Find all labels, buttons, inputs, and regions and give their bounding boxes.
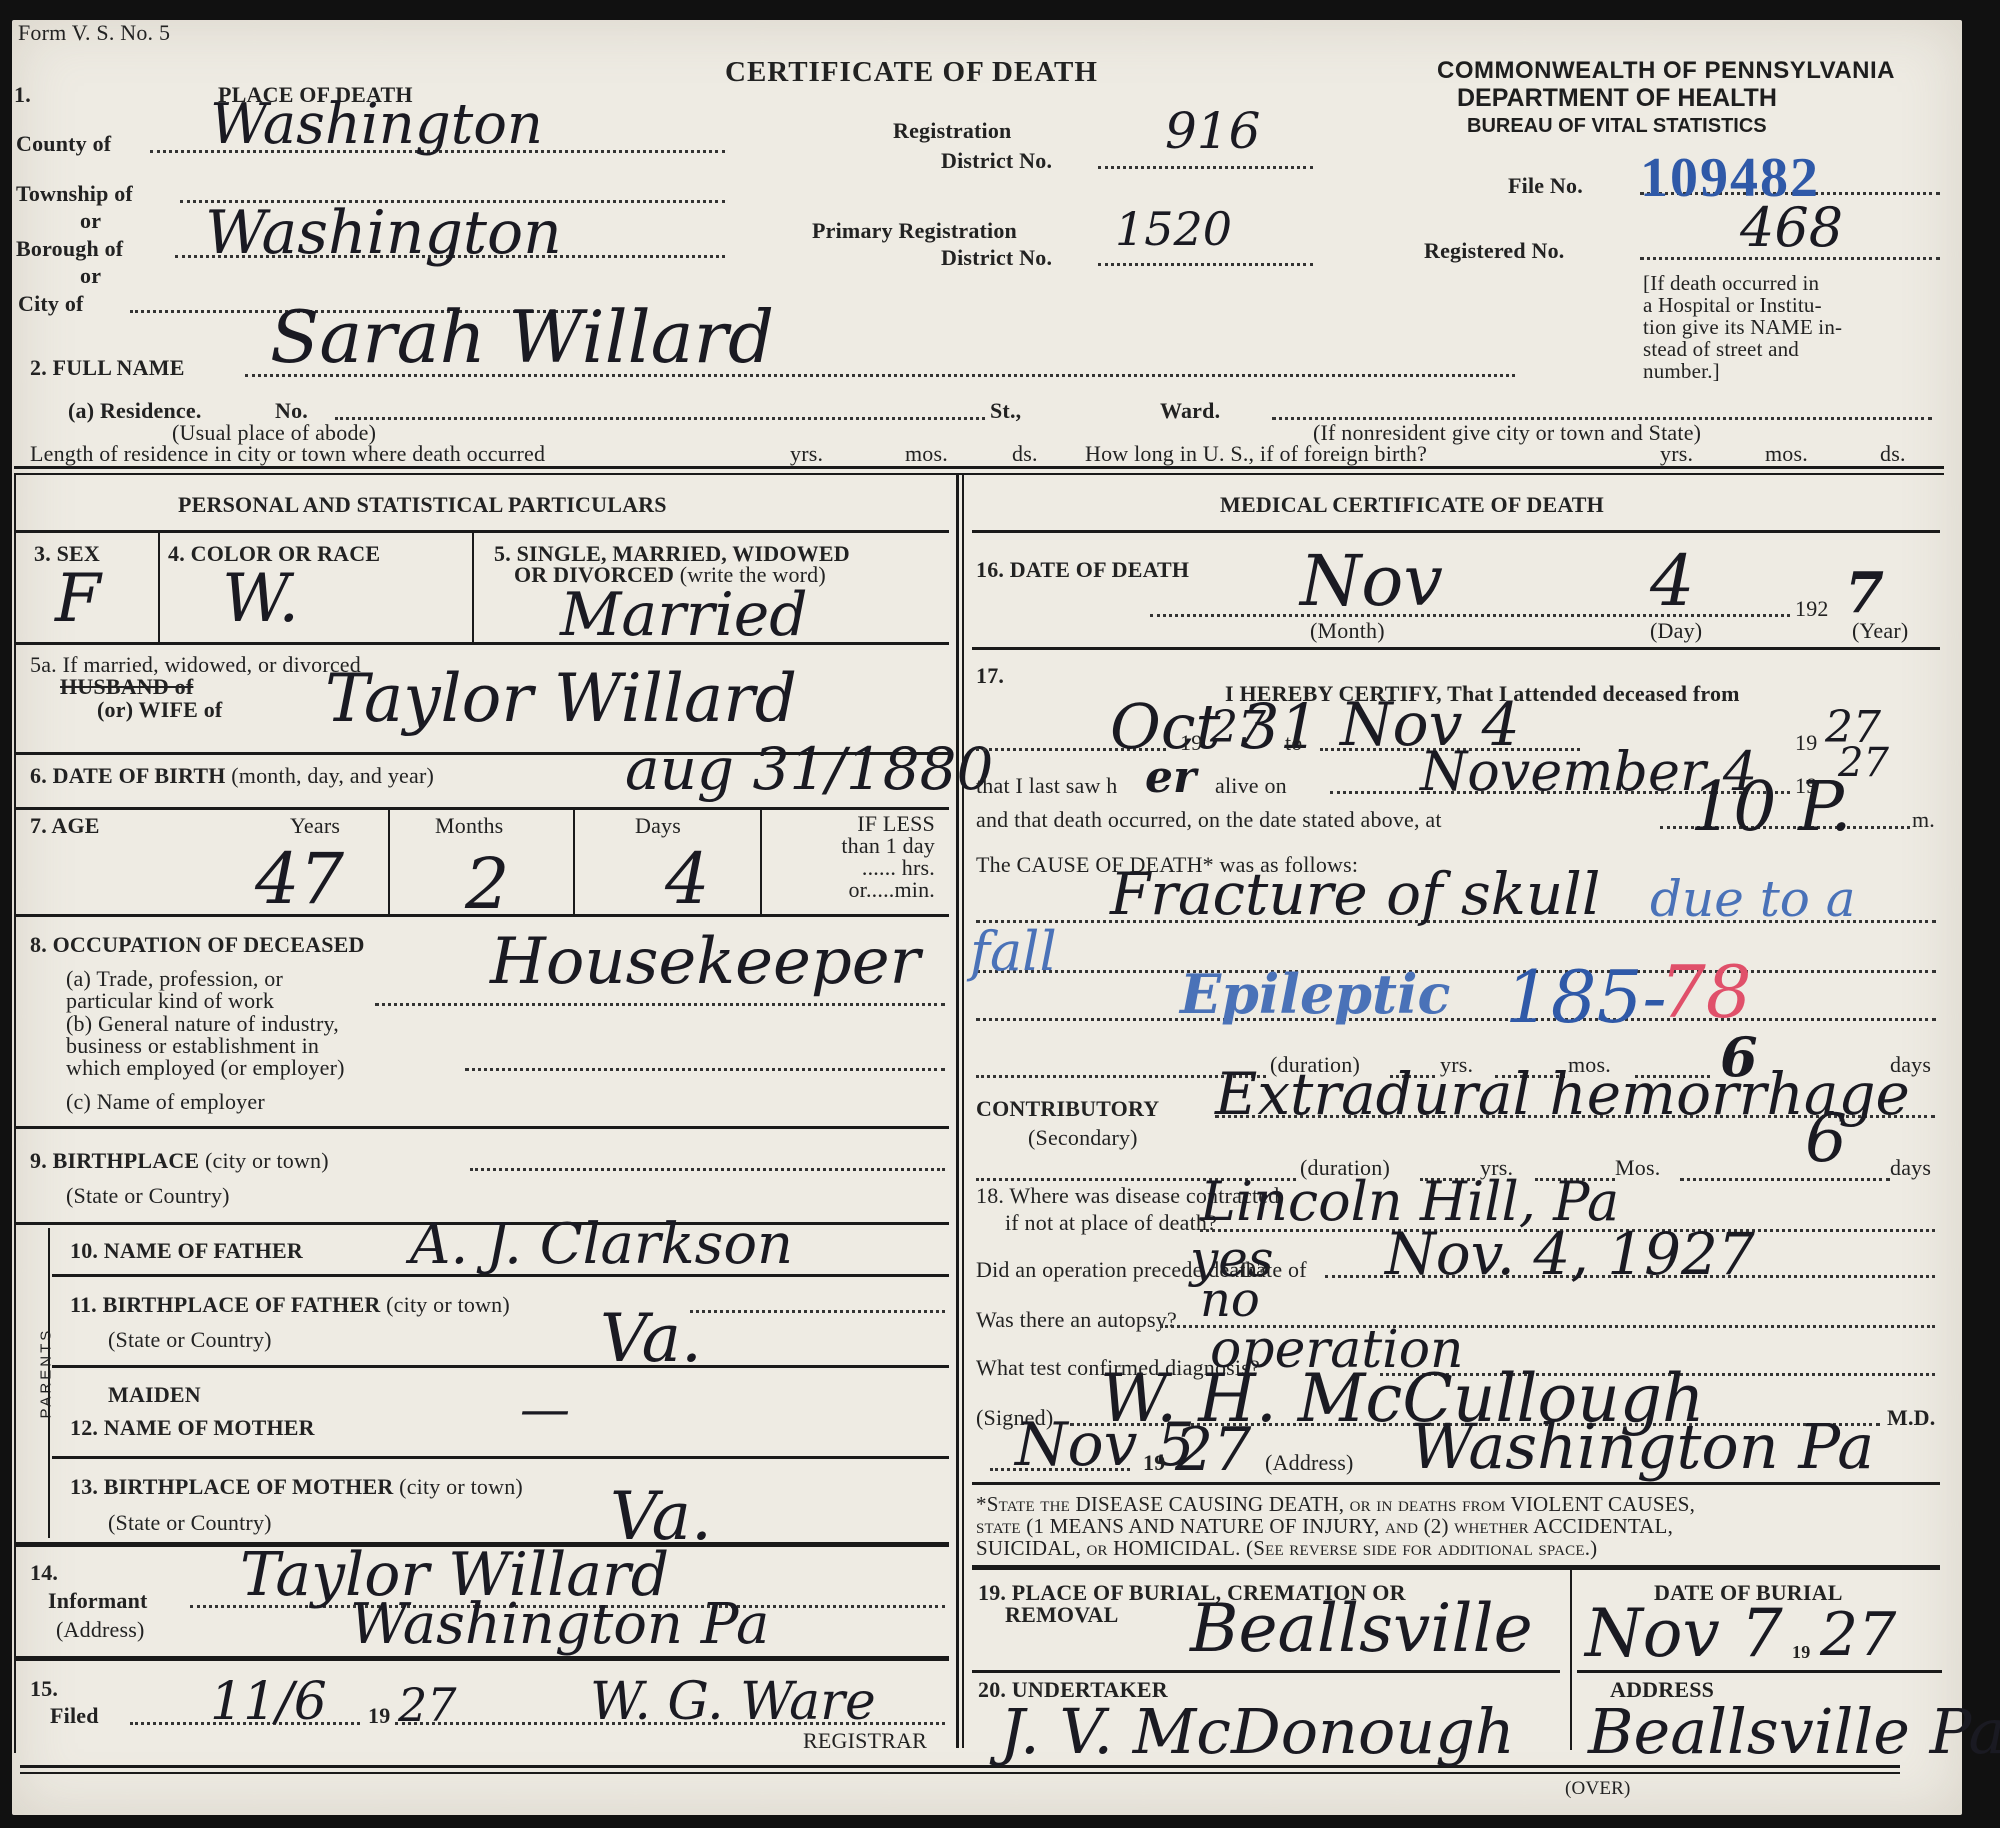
- cell-divider: [1570, 1570, 1572, 1750]
- row-rule: [972, 1482, 1940, 1485]
- residence-st-label: St.,: [990, 398, 1021, 424]
- last-saw-label: that I last saw h: [976, 773, 1117, 799]
- autopsy-label: Was there an autopsy?: [976, 1307, 1177, 1333]
- birthplace-line: [470, 1168, 945, 1171]
- foreign-yrs-label: yrs.: [1660, 441, 1693, 467]
- duration2-mos-label: Mos.: [1615, 1155, 1660, 1181]
- burial-place-value: Beallsville: [1190, 1590, 1533, 1667]
- mother-name-label: 12. NAME OF MOTHER: [70, 1415, 315, 1441]
- date-of-death-year: 7: [1845, 560, 1884, 626]
- informant-address-label: (Address): [56, 1617, 145, 1643]
- attend-to-year-prefix: 19: [1795, 730, 1817, 756]
- row-rule: [14, 807, 949, 810]
- informant-address-value: Washington Pa: [350, 1592, 769, 1657]
- burial-year-prefix: 19: [1792, 1642, 1810, 1663]
- mother-name-value: —: [520, 1380, 570, 1438]
- full-name-value: Sarah Willard: [270, 295, 774, 379]
- father-name-value: A. J. Clarkson: [410, 1212, 793, 1277]
- signed-date-value: Nov 5: [1015, 1410, 1195, 1480]
- date-of-death-day: 4: [1650, 540, 1695, 622]
- cause-line-2: [976, 970, 1936, 973]
- duration2-days-value: 6: [1805, 1100, 1847, 1177]
- primary-district-line: [1098, 263, 1313, 266]
- registration-district-label: District No.: [941, 148, 1052, 174]
- day-caption: (Day): [1650, 618, 1702, 644]
- year-caption: (Year): [1852, 618, 1908, 644]
- row-rule: [972, 530, 1940, 533]
- cell-divider: [760, 809, 762, 914]
- burial-year-value: 27: [1820, 1600, 1896, 1670]
- dob-label: 6. DATE OF BIRTH (month, day, and year): [30, 763, 434, 789]
- undertaker-address-value: Beallsville Pa: [1588, 1695, 2000, 1768]
- age-months-value: 2: [465, 843, 510, 925]
- file-number-label: File No.: [1508, 173, 1583, 199]
- filed-label: Filed: [50, 1703, 99, 1729]
- item-1-number: 1.: [14, 82, 31, 108]
- sex-value: F: [55, 560, 101, 637]
- residence-ward-label: Ward.: [1160, 398, 1220, 424]
- personal-section-title: PERSONAL AND STATISTICAL PARTICULARS: [178, 492, 667, 518]
- row-rule: [972, 1670, 1560, 1673]
- father-birthplace-label: 11. BIRTHPLACE OF FATHER (city or town): [70, 1292, 510, 1318]
- cause-annotation-due-to: due to a: [1650, 870, 1856, 928]
- registration-district-value: 916: [1165, 102, 1260, 160]
- row-rule: [52, 1274, 949, 1277]
- cell-divider: [388, 809, 390, 914]
- length-yrs-label: yrs.: [790, 441, 823, 467]
- duration2-days-label: days: [1890, 1155, 1931, 1181]
- primary-district-label: District No.: [941, 245, 1052, 271]
- spouse-value: Taylor Willard: [325, 660, 797, 737]
- attend-from-year: 27: [1210, 702, 1266, 753]
- filed-number: 15.: [30, 1676, 58, 1702]
- occupation-b-label: (b) General nature of industry, business…: [66, 1013, 345, 1079]
- registration-label: Registration: [893, 118, 1012, 144]
- address-label: (Address): [1265, 1450, 1354, 1476]
- hospital-note: [If death occurred in a Hospital or Inst…: [1643, 272, 1842, 382]
- cause-code-blue: 185-: [1505, 955, 1667, 1039]
- md-label: M.D.: [1887, 1405, 1935, 1431]
- residence-no-line: [335, 417, 985, 420]
- death-time-suffix: m.: [1912, 807, 1935, 833]
- length-mos-label: mos.: [905, 441, 948, 467]
- row-rule: [14, 530, 949, 533]
- death-time-value: 10 P.: [1690, 768, 1852, 847]
- county-label: County of: [16, 131, 111, 157]
- duration2-days-line: [1680, 1178, 1890, 1181]
- divider-rule: [14, 473, 1944, 475]
- or-text: or: [80, 263, 101, 289]
- age-label: 7. AGE: [30, 813, 100, 839]
- township-label: Township of: [16, 181, 133, 207]
- father-birthplace-state-label: (State or Country): [108, 1327, 272, 1353]
- occupation-a-line: [375, 1003, 945, 1006]
- signed-year-value: 27: [1175, 1415, 1251, 1485]
- occupation-label: 8. OCCUPATION OF DECEASED: [30, 932, 365, 958]
- date-of-death-month: Nov: [1300, 540, 1443, 622]
- foreign-mos-label: mos.: [1765, 441, 1808, 467]
- filed-date-value: 11/6: [210, 1672, 327, 1732]
- filed-year-prefix: 19: [368, 1703, 390, 1729]
- item-17-number: 17.: [976, 663, 1004, 689]
- row-rule: [52, 1456, 949, 1459]
- row-rule: [14, 1656, 949, 1661]
- row-rule: [14, 642, 949, 645]
- medical-section-title: MEDICAL CERTIFICATE OF DEATH: [1220, 492, 1604, 518]
- or-text: or: [80, 208, 101, 234]
- operation-date-value: Nov. 4, 1927: [1385, 1220, 1755, 1288]
- attend-to-label: to: [1285, 730, 1303, 756]
- cause-primary: Fracture of skull: [1110, 860, 1600, 928]
- registered-number-value: 468: [1740, 196, 1843, 259]
- physician-address: Washington Pa: [1410, 1410, 1874, 1483]
- father-name-label: 10. NAME OF FATHER: [70, 1238, 303, 1264]
- foreign-birth-label: How long in U. S., if of foreign birth?: [1085, 441, 1427, 467]
- registration-district-line: [1098, 166, 1313, 169]
- maiden-label: MAIDEN: [108, 1382, 201, 1408]
- city-label: City of: [18, 291, 84, 317]
- spouse-label-wife: (or) WIFE of: [97, 697, 222, 723]
- burial-removal-label: REMOVAL: [1005, 1602, 1118, 1628]
- informant-number: 14.: [30, 1560, 58, 1586]
- age-years-label: Years: [290, 813, 340, 839]
- cell-divider: [573, 809, 575, 914]
- secondary-label: (Secondary): [1028, 1125, 1138, 1151]
- date-of-death-label: 16. DATE OF DEATH: [976, 557, 1189, 583]
- row-rule: [14, 1126, 949, 1129]
- agency-department: DEPARTMENT OF HEALTH: [1457, 84, 1777, 113]
- foreign-ds-label: ds.: [1880, 441, 1906, 467]
- row-rule: [1577, 1670, 1942, 1673]
- agency-bureau: BUREAU OF VITAL STATISTICS: [1467, 115, 1767, 138]
- cell-divider: [158, 532, 160, 642]
- cause-line-3: [976, 1018, 1936, 1021]
- occupation-a-label: (a) Trade, profession, or particular kin…: [66, 968, 283, 1012]
- birthplace-state-label: (State or Country): [66, 1183, 230, 1209]
- father-birthplace-line: [690, 1310, 945, 1313]
- last-saw-pronoun: er: [1145, 752, 1196, 803]
- age-years-value: 47: [255, 838, 344, 920]
- cause-code-red: 78: [1660, 950, 1752, 1034]
- cell-divider: [472, 532, 474, 642]
- occupation-value: Housekeeper: [490, 925, 920, 999]
- occupation-b-line: [465, 1068, 945, 1071]
- full-name-label: 2. FULL NAME: [30, 355, 185, 381]
- county-value: Washington: [210, 92, 543, 157]
- informant-label: Informant: [48, 1588, 148, 1614]
- death-time-label: and that death occurred, on the date sta…: [976, 807, 1442, 833]
- month-caption: (Month): [1310, 618, 1385, 644]
- age-less-than-day: IF LESS than 1 day ...... hrs. or.....mi…: [775, 813, 935, 901]
- center-divider: [956, 473, 959, 1748]
- borough-value: Washington: [205, 198, 562, 268]
- mother-birthplace-label: 13. BIRTHPLACE OF MOTHER (city or town): [70, 1474, 523, 1500]
- filed-year-value: 27: [398, 1678, 457, 1732]
- dob-value: aug 31/1880: [625, 735, 993, 803]
- mother-birthplace-state-label: (State or Country): [108, 1510, 272, 1536]
- birthplace-label: 9. BIRTHPLACE (city or town): [30, 1148, 329, 1174]
- age-days-value: 4: [665, 838, 710, 920]
- center-divider: [962, 473, 964, 1748]
- row-rule: [52, 1365, 949, 1368]
- registrar-signature: W. G. Ware: [590, 1672, 876, 1732]
- contributory-label: CONTRIBUTORY: [976, 1096, 1159, 1122]
- parents-side-label: PARENTS: [38, 1339, 55, 1419]
- primary-district-value: 1520: [1115, 202, 1232, 256]
- over-label: (OVER): [1565, 1778, 1631, 1800]
- cause-annotation-epileptic: Epileptic: [1180, 962, 1450, 1026]
- row-rule: [972, 1565, 1940, 1570]
- agency-commonwealth: COMMONWEALTH OF PENNSYLVANIA: [1437, 57, 1895, 85]
- cause-annotation-fall: fall: [970, 920, 1057, 983]
- marital-value: Married: [560, 580, 808, 650]
- race-value: W.: [222, 560, 299, 637]
- cause-footnote: *State the DISEASE CAUSING DEATH, or in …: [976, 1493, 1695, 1559]
- bottom-rule: [20, 1772, 1900, 1774]
- undertaker-value: J. V. McDonough: [1000, 1695, 1515, 1768]
- date-of-death-year-prefix: 192: [1795, 596, 1829, 622]
- registered-number-label: Registered No.: [1424, 238, 1564, 264]
- left-border: [14, 473, 16, 1753]
- age-days-label: Days: [635, 813, 681, 839]
- alive-on-label: alive on: [1215, 773, 1287, 799]
- age-months-label: Months: [435, 813, 503, 839]
- divider-rule: [14, 466, 1944, 469]
- contracted-label-2: if not at place of death?: [1005, 1210, 1217, 1236]
- borough-label: Borough of: [16, 236, 123, 262]
- length-ds-label: ds.: [1012, 441, 1038, 467]
- registrar-label: REGISTRAR: [803, 1728, 927, 1754]
- primary-registration-label: Primary Registration: [812, 218, 1017, 244]
- signed-year-prefix: 19: [1143, 1450, 1165, 1476]
- form-number: Form V. S. No. 5: [18, 20, 170, 46]
- row-rule: [972, 647, 1940, 650]
- length-of-residence-label: Length of residence in city or town wher…: [30, 441, 545, 467]
- certificate-title: CERTIFICATE OF DEATH: [725, 56, 1098, 89]
- burial-date-value: Nov 7: [1585, 1595, 1783, 1672]
- row-rule: [14, 914, 949, 917]
- occupation-c-label: (c) Name of employer: [66, 1089, 265, 1115]
